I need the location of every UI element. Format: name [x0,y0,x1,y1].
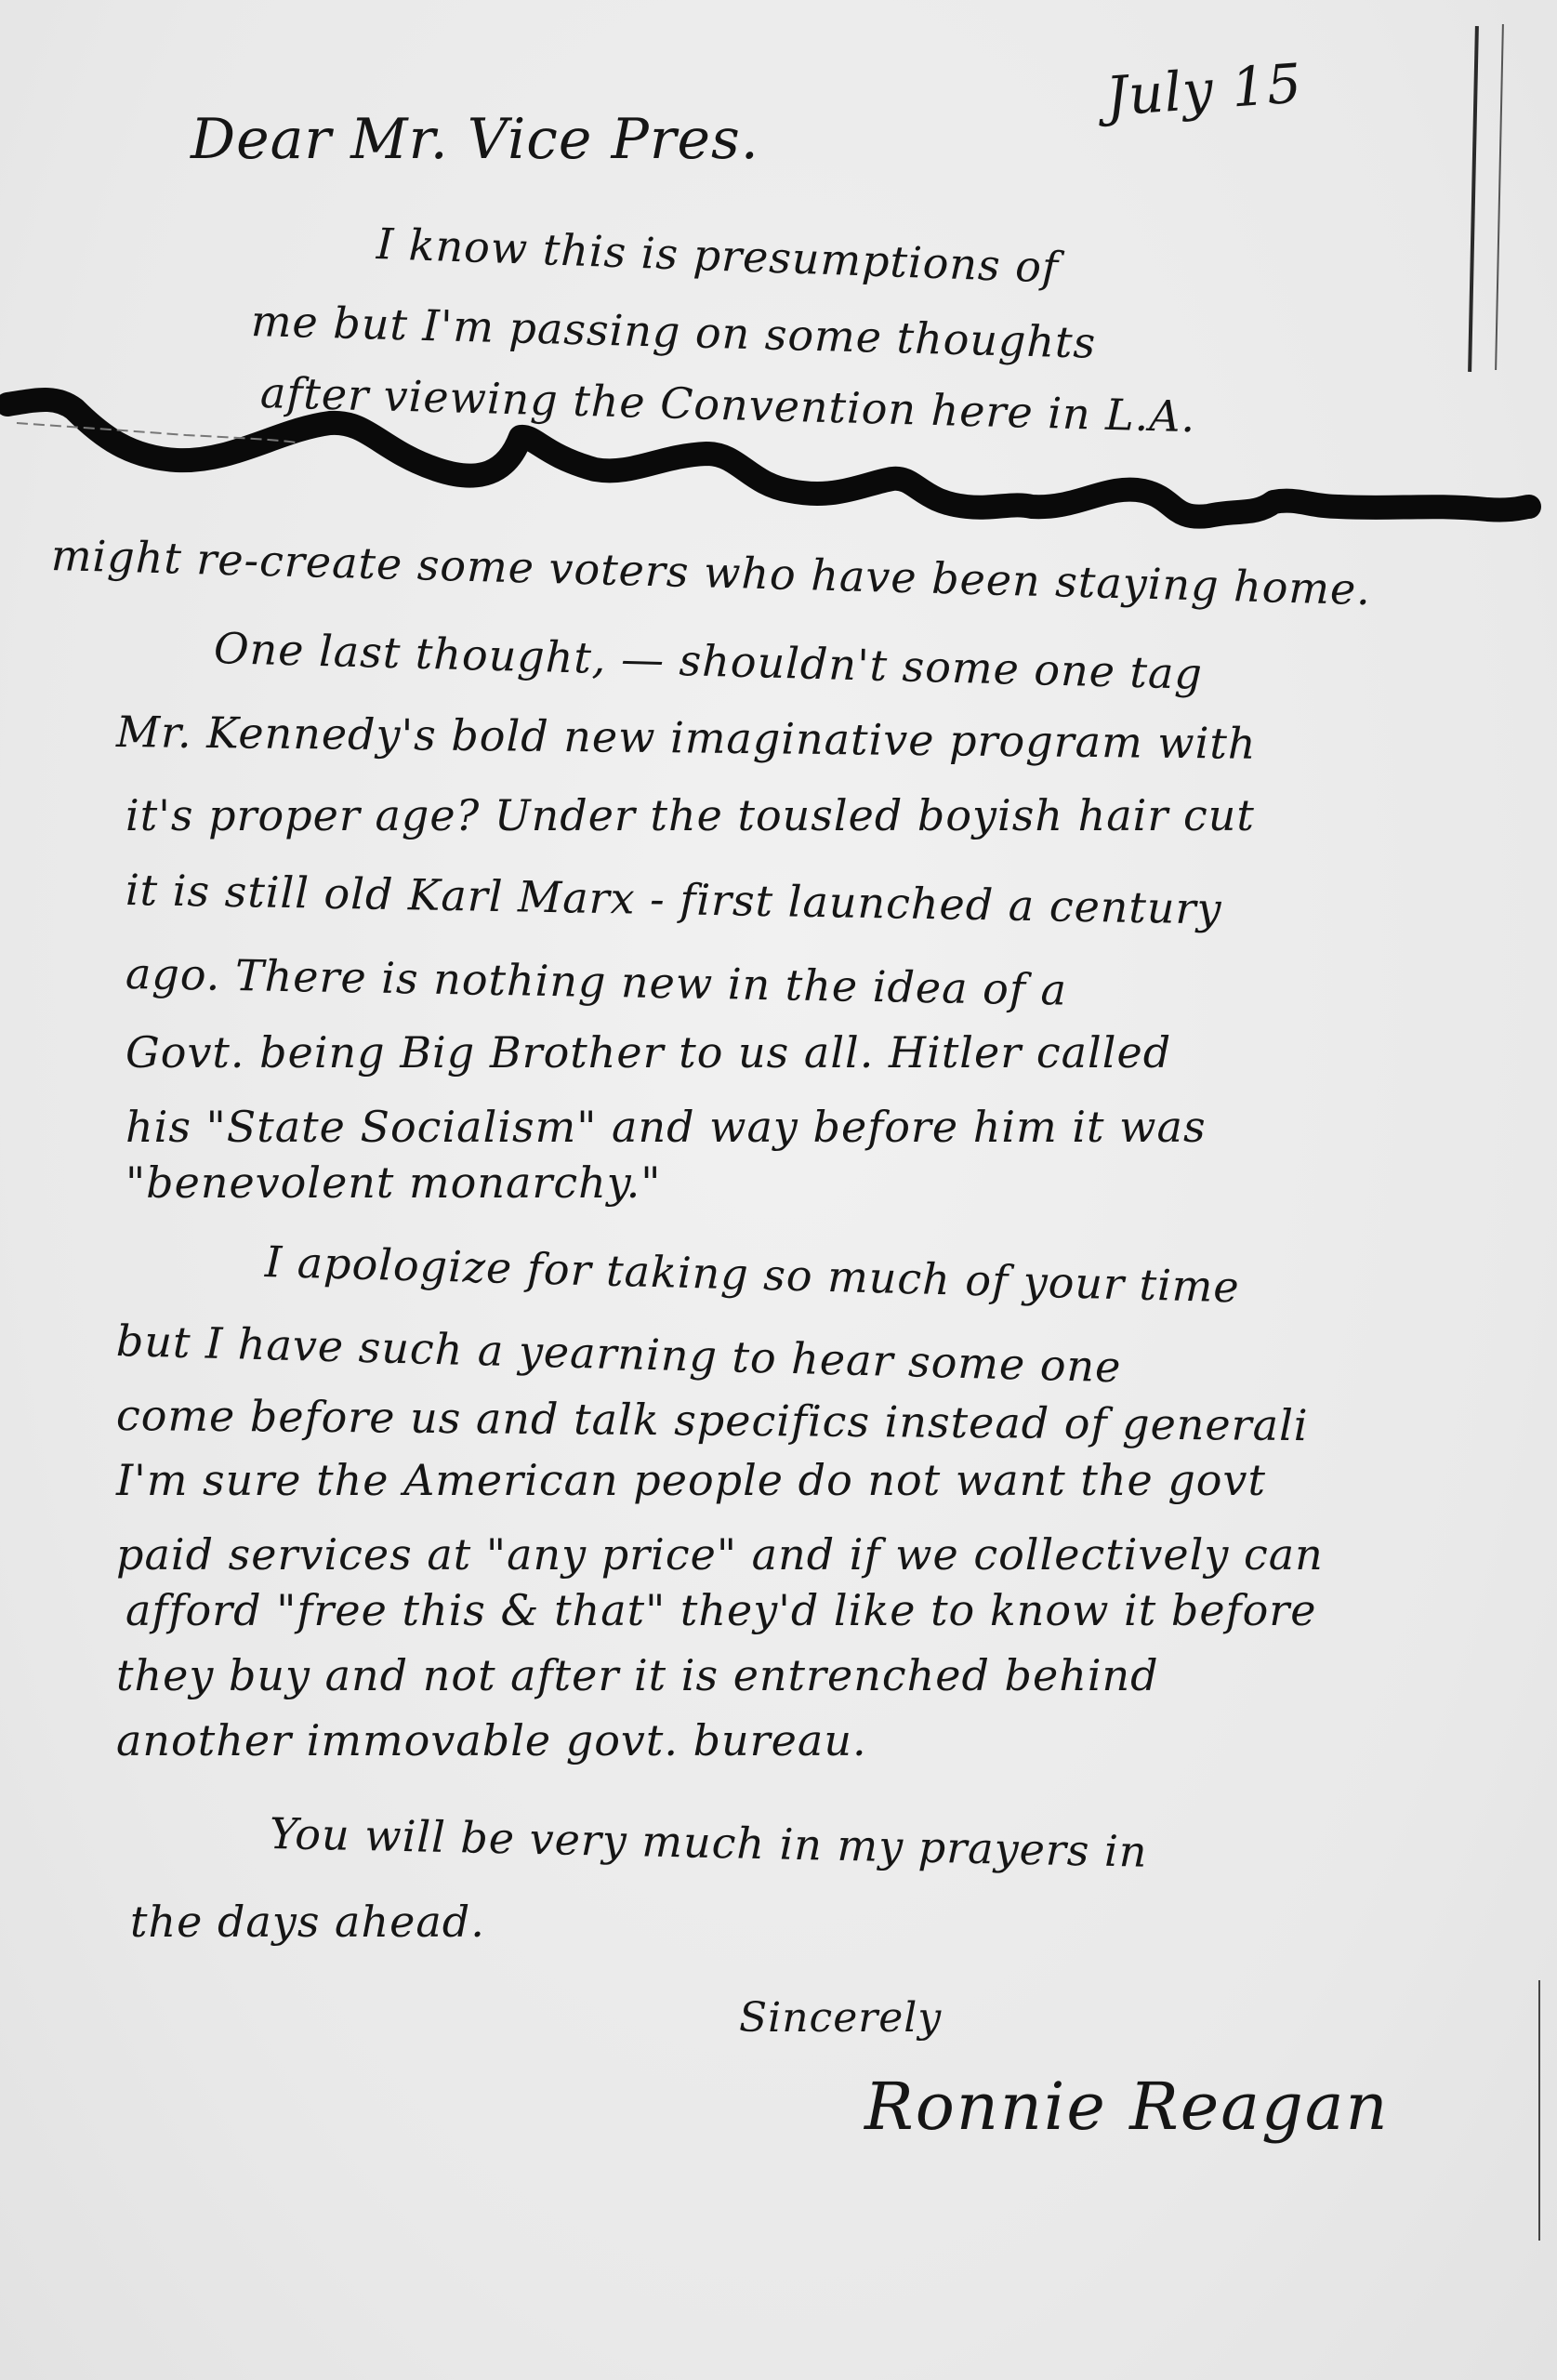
letter-line: it's proper age? Under the tousled boyis… [125,790,1255,840]
letter-line: another immovable govt. bureau. [116,1715,867,1765]
letter-salutation: Dear Mr. Vice Pres. [191,107,759,172]
letter-line: I'm sure the American people do not want… [116,1455,1266,1505]
letter-line: Govt. being Big Brother to us all. Hitle… [125,1027,1171,1078]
letter-line: his "State Socialism" and way before him… [125,1102,1207,1152]
letter-line: paid services at "any price" and if we c… [116,1529,1324,1580]
letter-line: the days ahead. [130,1897,485,1947]
letter-line: "benevolent monarchy." [125,1157,661,1208]
letter-line: afford "free this & that" they'd like to… [125,1585,1316,1635]
letter-line: come before us and talk specifics instea… [116,1390,1309,1450]
letter-closing: Sincerely [739,1994,942,2042]
letter-line: they buy and not after it is entrenched … [116,1650,1159,1700]
letter-signature: Ronnie Reagan [864,2069,1390,2145]
